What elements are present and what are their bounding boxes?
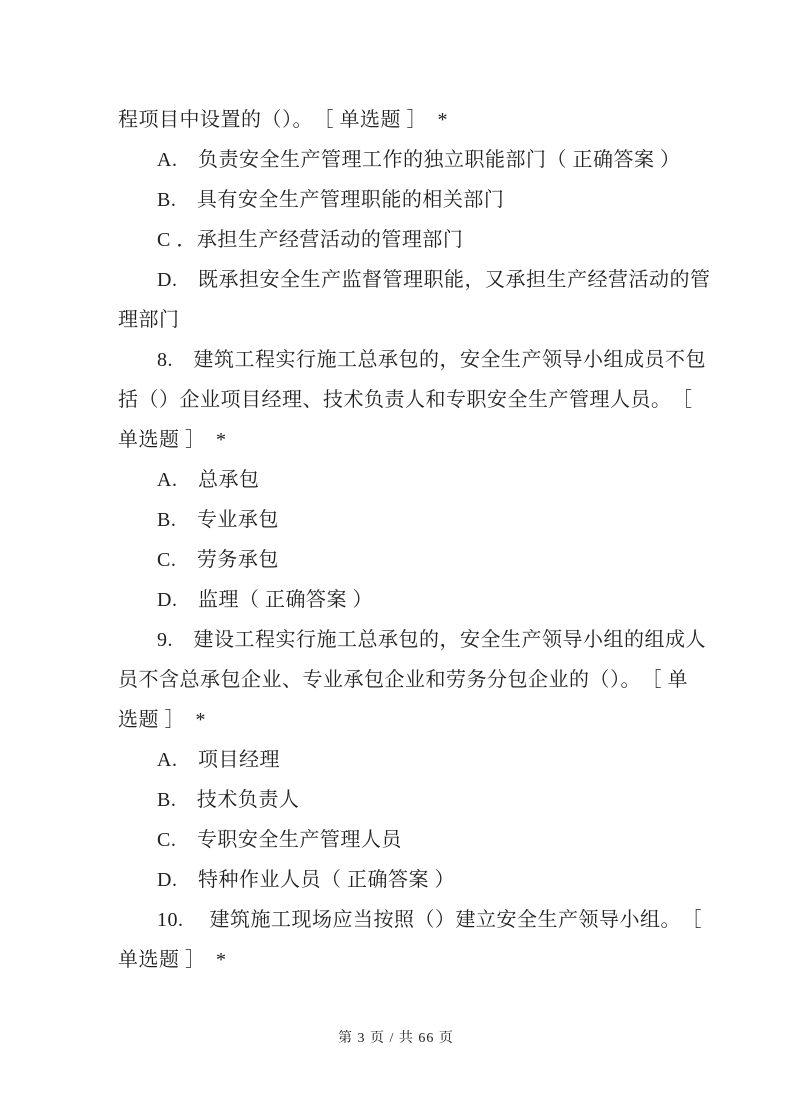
- q9-option-d: D. 特种作业人员（ 正确答案 ）: [118, 860, 678, 900]
- q7-option-c: C ．承担生产经营活动的管理部门: [118, 220, 678, 260]
- q10-stem-line-1: 10. 建筑施工现场应当按照（）建立安全生产领导小组。 ［: [118, 900, 678, 940]
- q8-stem-line-3: 单选题 ］ *: [118, 420, 678, 460]
- q9-stem-line-3: 选题 ］ *: [118, 700, 678, 740]
- q9-stem-line-2: 员不含总承包企业、专业承包企业和劳务分包企业的（）。 ［ 单: [118, 660, 678, 700]
- q7-option-b: B. 具有安全生产管理职能的相关部门: [118, 180, 678, 220]
- page-number: 第 3 页 / 共 66 页: [0, 1028, 792, 1050]
- q10-stem-line-2: 单选题 ］ *: [118, 940, 678, 980]
- document-text-block: 程项目中设置的（）。 ［ 单选题 ］ * A. 负责安全生产管理工作的独立职能部…: [118, 100, 678, 980]
- q8-option-b: B. 专业承包: [118, 500, 678, 540]
- q7-option-d: D. 既承担安全生产监督管理职能，又承担生产经营活动的管: [118, 260, 678, 300]
- q8-stem-line-2: 括（）企业项目经理、技术负责人和专职安全生产管理人员。 ［: [118, 380, 678, 420]
- q9-stem-line-1: 9. 建设工程实行施工总承包的，安全生产领导小组的组成人: [118, 620, 678, 660]
- q7-option-d-continuation: 理部门: [118, 300, 678, 340]
- q7-stem-continuation: 程项目中设置的（）。 ［ 单选题 ］ *: [118, 100, 678, 140]
- q9-option-c: C. 专职安全生产管理人员: [118, 820, 678, 860]
- q9-option-b: B. 技术负责人: [118, 780, 678, 820]
- q8-stem-line-1: 8. 建筑工程实行施工总承包的，安全生产领导小组成员不包: [118, 340, 678, 380]
- q8-option-a: A. 总承包: [118, 460, 678, 500]
- document-page: 程项目中设置的（）。 ［ 单选题 ］ * A. 负责安全生产管理工作的独立职能部…: [0, 0, 792, 1120]
- q9-option-a: A. 项目经理: [118, 740, 678, 780]
- q8-option-d: D. 监理（ 正确答案 ）: [118, 580, 678, 620]
- q7-option-a: A. 负责安全生产管理工作的独立职能部门（ 正确答案 ）: [118, 140, 678, 180]
- q8-option-c: C. 劳务承包: [118, 540, 678, 580]
